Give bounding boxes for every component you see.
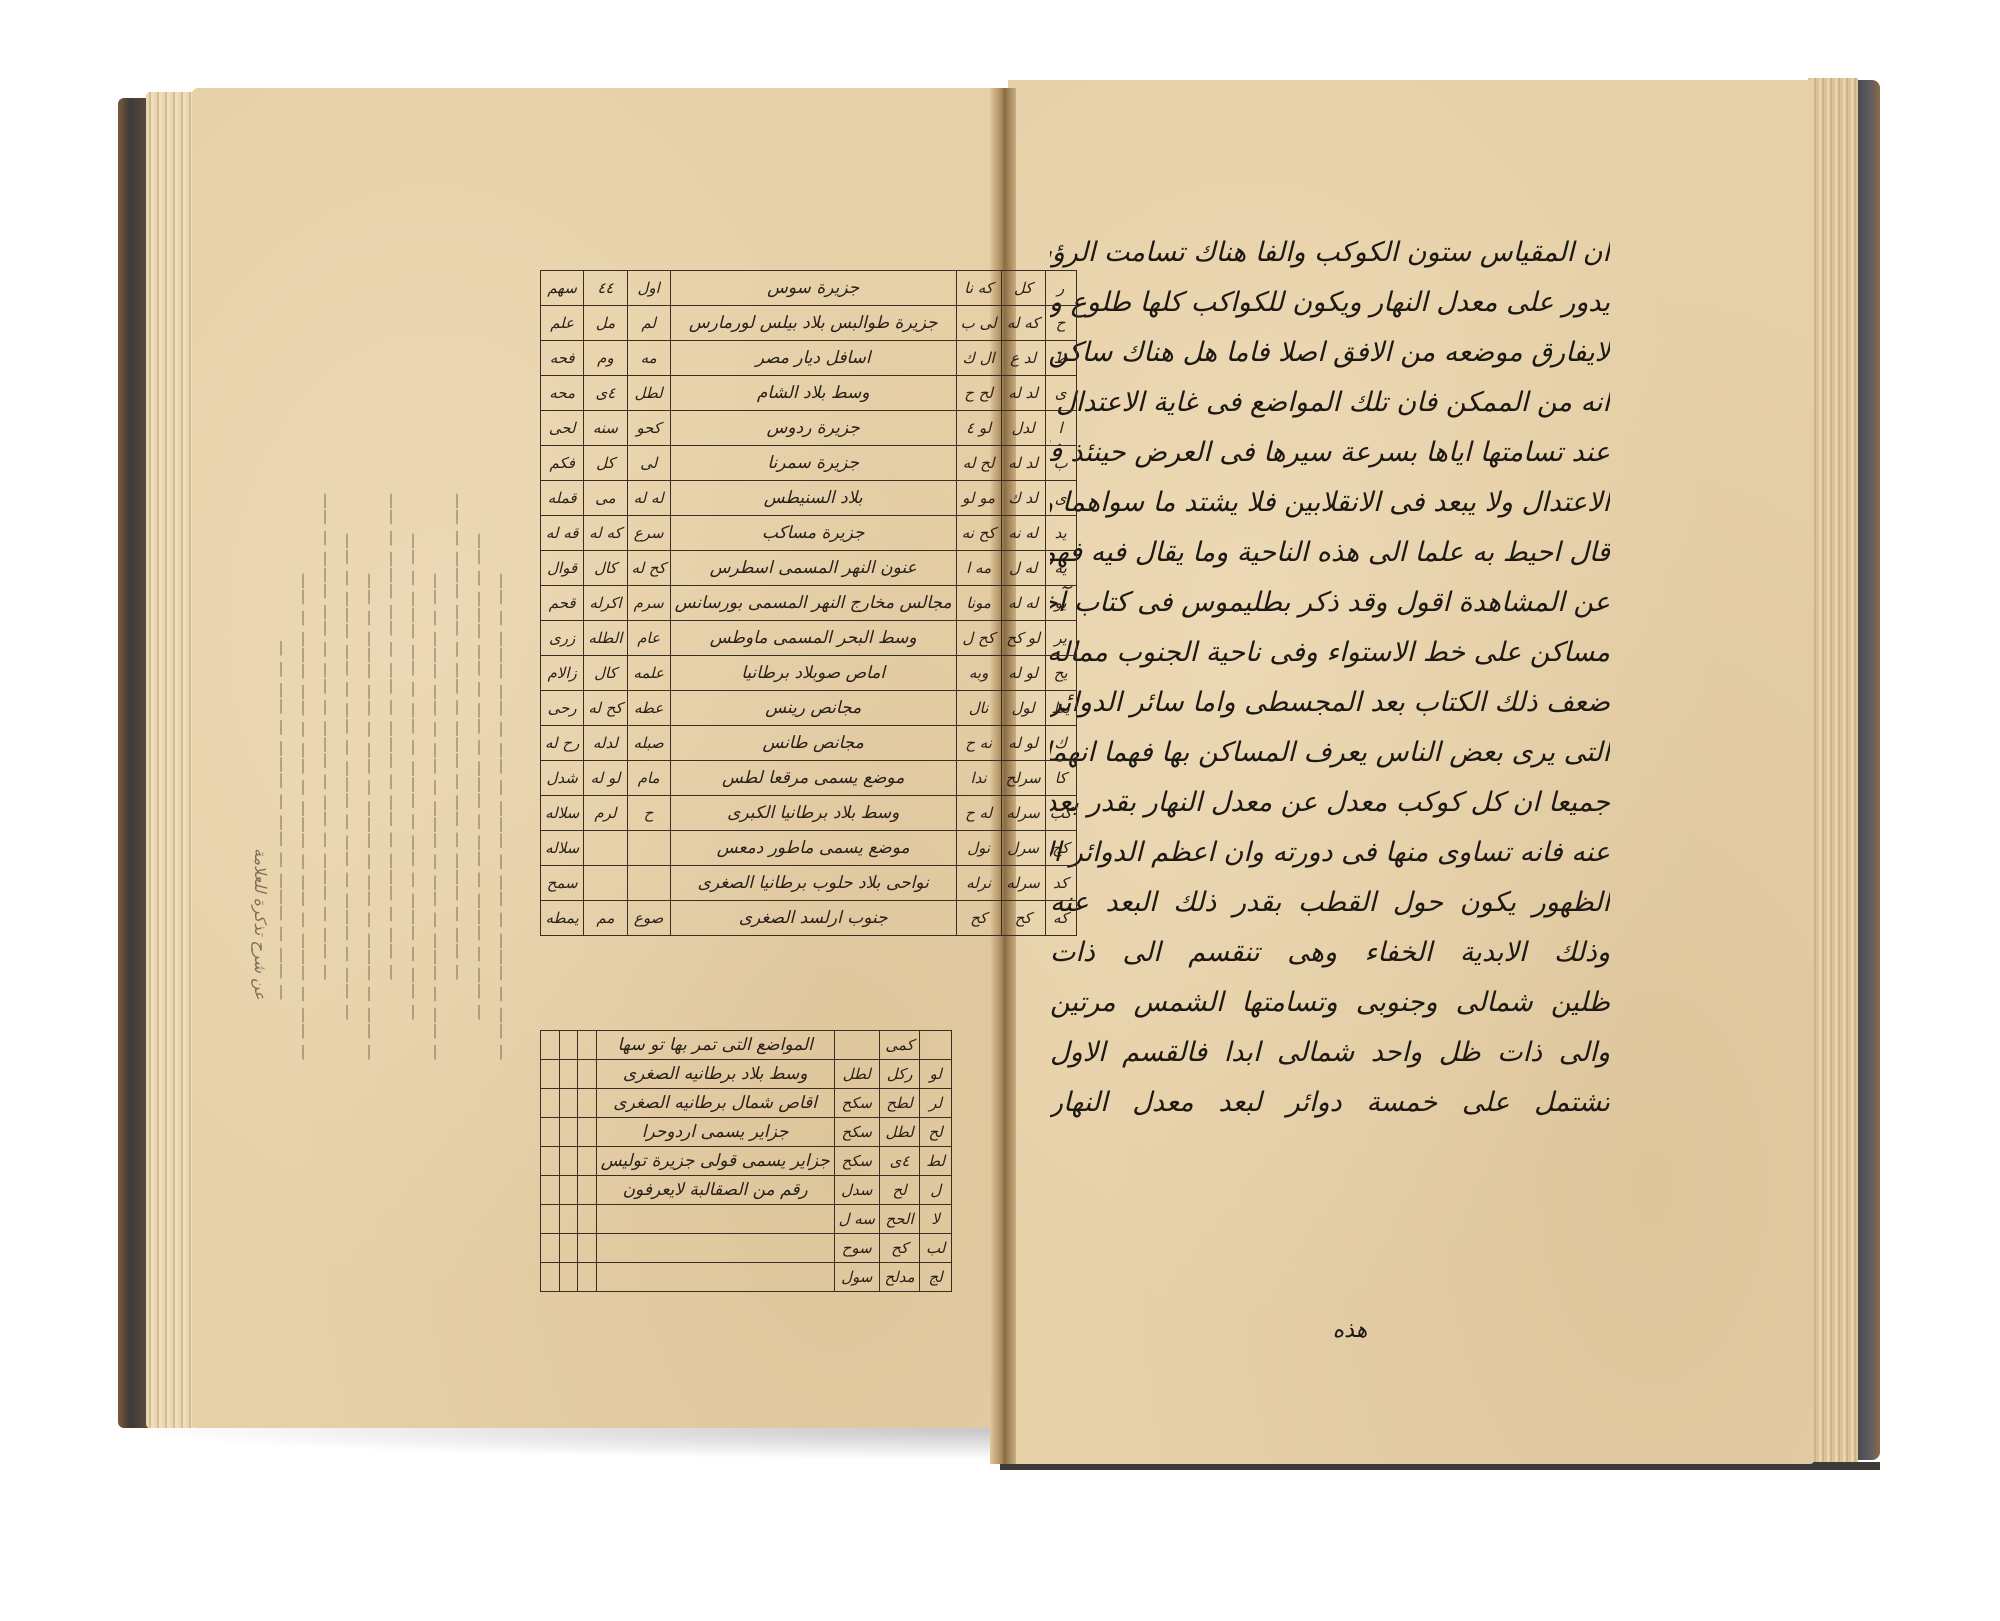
cell — [578, 1031, 597, 1060]
side-heading: كمى — [879, 1031, 919, 1060]
value-cell — [541, 1234, 560, 1263]
value-cell: ب — [1045, 446, 1076, 481]
table-header: المواضع التى تمر بها تو سها — [596, 1031, 834, 1060]
place-name-cell — [596, 1234, 834, 1263]
value-cell: كه له — [584, 516, 627, 551]
value-cell: اكرله — [584, 586, 627, 621]
value-cell: سول — [834, 1263, 879, 1292]
table-row: كاسرلحنداموضع يسمى مرقعا لطسماملو لهشدل — [541, 761, 1077, 796]
text-line: ان المقياس ستون الكوكب والفا هناك تسامت … — [1050, 228, 1610, 278]
place-name-cell — [596, 1205, 834, 1234]
value-cell: سرله — [1001, 796, 1045, 831]
value-cell: لح — [879, 1176, 919, 1205]
value-cell — [541, 1089, 560, 1118]
value-cell: لم — [627, 306, 670, 341]
value-cell: لحى — [541, 411, 584, 446]
value-cell: لح ح — [956, 376, 1001, 411]
margin-line: — —— — ——— — —— — ——— — —— — —— ——— — —— — [424, 240, 446, 1060]
margin-line: — —— — ——— — —— — ——— — —— — —— ——— — —— — [314, 240, 336, 980]
value-cell: رحى — [541, 691, 584, 726]
value-cell: وبه — [956, 656, 1001, 691]
place-name-cell: اسافل ديار مصر — [670, 341, 956, 376]
value-cell: عطه — [627, 691, 670, 726]
value-cell: لط — [920, 1147, 952, 1176]
place-name-cell: جزاير يسمى اردوحرا — [596, 1118, 834, 1147]
value-cell — [559, 1234, 578, 1263]
value-cell: فحه — [541, 341, 584, 376]
text-line: تشتمل على خمسة دوائر لبعد معدل النهار — [1050, 1078, 1610, 1128]
text-line: لايفارق موضعه من الافق اصلا فاما هل هناك… — [1050, 328, 1610, 378]
cell — [559, 1031, 578, 1060]
value-cell — [584, 866, 627, 901]
place-name-cell: جزيرة ردوس — [670, 411, 956, 446]
value-cell: له ح — [956, 796, 1001, 831]
value-cell: صبله — [627, 726, 670, 761]
place-name-cell: مجالس مخارج النهر المسمى بورسانس — [670, 586, 956, 621]
latitude-table-upper: ركلكه ناجزيرة سوساول٤٤سهمحكه لهلى بجزيرة… — [540, 270, 1077, 936]
place-name-cell — [596, 1263, 834, 1292]
value-cell: لج — [920, 1263, 952, 1292]
place-name-cell: وسط بلاد الشام — [670, 376, 956, 411]
table-row: كهكحكحجنوب ارلسد الصغرىصوعمميمطه — [541, 901, 1077, 936]
margin-commentary: — —— — ——— — —— — ——— — —— — —— ——— — ——… — [240, 240, 510, 1060]
value-cell: لو له — [584, 761, 627, 796]
table-row: الدللو ٤جزيرة ردوسكحوسنهلحى — [541, 411, 1077, 446]
table-row: يهله لمه اعنون النهر المسمى اسطرسكح لهكا… — [541, 551, 1077, 586]
value-cell: ركل — [879, 1060, 919, 1089]
value-cell: ير — [1045, 621, 1076, 656]
value-cell: يد — [1045, 516, 1076, 551]
cell — [834, 1031, 879, 1060]
table-row: لط٤ىسكحجزاير يسمى قولى جزيرة توليس — [541, 1147, 952, 1176]
value-cell: سوح — [834, 1234, 879, 1263]
value-cell: محه — [541, 376, 584, 411]
value-cell: كال — [584, 551, 627, 586]
place-name-cell: اماص صوبلاد برطانيا — [670, 656, 956, 691]
value-cell: يط — [1045, 691, 1076, 726]
table-row: لاالححسه ل — [541, 1205, 952, 1234]
place-name-cell: مجانص طانس — [670, 726, 956, 761]
place-name-cell: وسط بلاد برطانيا الكبرى — [670, 796, 956, 831]
place-name-cell: وسط بلاد برطانيه الصغرى — [596, 1060, 834, 1089]
place-name-cell: جزيرة طوالبس بلاد بيلس لورمارس — [670, 306, 956, 341]
value-cell: لح له — [956, 446, 1001, 481]
value-cell: كح — [956, 901, 1001, 936]
value-cell: علم — [541, 306, 584, 341]
table-row: كلو لهنه حمجانص طانسصبلهلدلهرح له — [541, 726, 1077, 761]
value-cell: مونا — [956, 586, 1001, 621]
value-cell: لول — [1001, 691, 1045, 726]
place-name-cell: موضع يسمى مرقعا لطس — [670, 761, 956, 796]
value-cell: لى — [627, 446, 670, 481]
value-cell — [541, 1263, 560, 1292]
value-cell: كحو — [627, 411, 670, 446]
value-cell: يه — [1045, 551, 1076, 586]
value-cell: كال — [584, 656, 627, 691]
value-cell — [578, 1060, 597, 1089]
value-cell: كا — [1045, 761, 1076, 796]
value-cell: رح له — [541, 726, 584, 761]
text-line: ضعف ذلك الكتاب بعد المجسطى واما سائر الد… — [1050, 678, 1610, 728]
value-cell: قحم — [541, 586, 584, 621]
margin-line: — —— — ——— — —— — ——— — —— — —— ——— — —— — [490, 240, 512, 1060]
value-cell: كح — [1001, 901, 1045, 936]
text-line: مساكن على خط الاستواء وفى ناحية الجنوب م… — [1050, 628, 1610, 678]
value-cell: سهم — [541, 271, 584, 306]
table-row: كجسرلنولموضع يسمى ماطور دمعسسلاله — [541, 831, 1077, 866]
value-cell: نه ح — [956, 726, 1001, 761]
value-cell: نال — [956, 691, 1001, 726]
value-cell: لد له — [1001, 446, 1045, 481]
value-cell: له له — [627, 481, 670, 516]
place-name-cell: جزيرة سمرنا — [670, 446, 956, 481]
value-cell: ك — [1045, 726, 1076, 761]
value-cell — [627, 831, 670, 866]
place-name-cell: اقاص شمال برطانيه الصغرى — [596, 1089, 834, 1118]
value-cell — [578, 1147, 597, 1176]
value-cell: لد له — [1001, 376, 1045, 411]
value-cell: زرى — [541, 621, 584, 656]
value-cell: اول — [627, 271, 670, 306]
value-cell — [541, 1118, 560, 1147]
value-cell: ر — [1045, 271, 1076, 306]
value-cell: كح له — [584, 691, 627, 726]
value-cell: ٤ى — [584, 376, 627, 411]
value-cell: سرم — [627, 586, 670, 621]
table-row: ىلد كمو لوبلاد السنيطسله لهمىقمله — [541, 481, 1077, 516]
table-row: يوله لهمونامجالس مخارج النهر المسمى بورس… — [541, 586, 1077, 621]
value-cell: لح — [920, 1118, 952, 1147]
value-cell: لو ٤ — [956, 411, 1001, 446]
value-cell: لطل — [834, 1060, 879, 1089]
value-cell: مل — [584, 306, 627, 341]
value-cell: يمطه — [541, 901, 584, 936]
table-row: بلد لهلح لهجزيرة سمرنالىكلفكم — [541, 446, 1077, 481]
value-cell: لى ب — [956, 306, 1001, 341]
value-cell: لو له — [1001, 726, 1045, 761]
value-cell: مام — [627, 761, 670, 796]
text-line: والى ذات ظل واحد شمالى ابدا فالقسم الاول — [1050, 1028, 1610, 1078]
value-cell: ٤ى — [879, 1147, 919, 1176]
value-cell: لطل — [627, 376, 670, 411]
value-cell: كج — [1045, 831, 1076, 866]
value-cell: نرله — [956, 866, 1001, 901]
value-cell: قمله — [541, 481, 584, 516]
value-cell: سمح — [541, 866, 584, 901]
value-cell: لو كح — [1001, 621, 1045, 656]
value-cell: كه — [1045, 901, 1076, 936]
right-page-text: ان المقياس ستون الكوكب والفا هناك تسامت … — [1050, 228, 1610, 1128]
value-cell: له ل — [1001, 551, 1045, 586]
margin-line: — —— — ——— — —— — ——— — —— — —— ——— — —— — [292, 240, 314, 1060]
value-cell: لطح — [879, 1089, 919, 1118]
value-cell — [559, 1263, 578, 1292]
text-line: قال احيط به علما الى هذه الناحية وما يقا… — [1050, 528, 1610, 578]
value-cell: ط — [1045, 341, 1076, 376]
table-row: حكه لهلى بجزيرة طوالبس بلاد بيلس لورمارس… — [541, 306, 1077, 341]
text-line: ظلين شمالى وجنوبى وتسامتها الشمس مرتين — [1050, 978, 1610, 1028]
value-cell: سرلح — [1001, 761, 1045, 796]
value-cell: لدله — [584, 726, 627, 761]
value-cell: الطله — [584, 621, 627, 656]
value-cell — [578, 1205, 597, 1234]
text-line: الاعتدال ولا يبعد فى الانقلابين فلا يشتد… — [1050, 478, 1610, 528]
value-cell — [559, 1147, 578, 1176]
value-cell: له له — [1001, 586, 1045, 621]
value-cell: كه نا — [956, 271, 1001, 306]
value-cell — [559, 1118, 578, 1147]
value-cell: لرم — [584, 796, 627, 831]
text-line: وذلك الابدية الخفاء وهى تنقسم الى ذات — [1050, 928, 1610, 978]
table-row: كدسرلهنرلهنواحى بلاد حلوب برطانيا الصغرى… — [541, 866, 1077, 901]
value-cell: ى — [1045, 481, 1076, 516]
value-cell: ٤٤ — [584, 271, 627, 306]
text-line: انه من الممكن فان تلك المواضع فى غاية ال… — [1050, 378, 1610, 428]
value-cell: ل — [920, 1176, 952, 1205]
value-cell: كح — [879, 1234, 919, 1263]
value-cell: سرل — [1001, 831, 1045, 866]
value-cell: الحح — [879, 1205, 919, 1234]
value-cell: كب — [1045, 796, 1076, 831]
value-cell: يح — [1045, 656, 1076, 691]
place-name-cell: جزيرة سوس — [670, 271, 956, 306]
table-row: ركلكه ناجزيرة سوساول٤٤سهم — [541, 271, 1077, 306]
value-cell: قوال — [541, 551, 584, 586]
value-cell: قه له — [541, 516, 584, 551]
value-cell — [578, 1234, 597, 1263]
value-cell — [541, 1205, 560, 1234]
place-name-cell: بلاد السنيطس — [670, 481, 956, 516]
value-cell: سرع — [627, 516, 670, 551]
value-cell: ى — [1045, 376, 1076, 411]
value-cell: مدلح — [879, 1263, 919, 1292]
value-cell: سكح — [834, 1089, 879, 1118]
text-line: التى يرى بعض الناس يعرف المساكن بها فهما… — [1050, 728, 1610, 778]
margin-line: — —— — ——— — —— — ——— — —— — —— ——— — —— — [468, 240, 490, 1020]
value-cell: كل — [1001, 271, 1045, 306]
margin-line: — —— — ——— — —— — ——— — —— — —— ——— — —— — [270, 640, 292, 1000]
value-cell: كد — [1045, 866, 1076, 901]
place-name-cell: جنوب ارلسد الصغرى — [670, 901, 956, 936]
value-cell: لر — [920, 1089, 952, 1118]
value-cell: سكح — [834, 1118, 879, 1147]
right-cover-board — [1858, 80, 1880, 1460]
table-row: ىلد لهلح حوسط بلاد الشاملطل٤ىمحه — [541, 376, 1077, 411]
value-cell: وم — [584, 341, 627, 376]
table-row: لحلطلسكحجزاير يسمى اردوحرا — [541, 1118, 952, 1147]
value-cell — [578, 1176, 597, 1205]
value-cell: مو لو — [956, 481, 1001, 516]
value-cell: كح ل — [956, 621, 1001, 656]
value-cell: يو — [1045, 586, 1076, 621]
table-row: لجمدلحسول — [541, 1263, 952, 1292]
value-cell: لب — [920, 1234, 952, 1263]
value-cell: كه له — [1001, 306, 1045, 341]
value-cell: سنه — [584, 411, 627, 446]
table-row: طلد عال كاسافل ديار مصرمهومفحه — [541, 341, 1077, 376]
place-name-cell: وسط البحر المسمى ماوطس — [670, 621, 956, 656]
text-line: عن المشاهدة اقول وقد ذكر بطليموس فى كتاب… — [1050, 578, 1610, 628]
table-header-row: كمى المواضع التى تمر بها تو سها — [541, 1031, 952, 1060]
text-line: عنه فانه تساوى منها فى دورته وان اعظم ال… — [1050, 828, 1610, 878]
margin-line: — —— — ——— — —— — ——— — —— — —— ——— — —— — [446, 240, 468, 980]
value-cell: صوع — [627, 901, 670, 936]
value-cell: ا — [1045, 411, 1076, 446]
cell — [920, 1031, 952, 1060]
value-cell: ح — [1045, 306, 1076, 341]
value-cell: ح — [627, 796, 670, 831]
table-row: كبسرلهله حوسط بلاد برطانيا الكبرىحلرمسلا… — [541, 796, 1077, 831]
value-cell: كح نه — [956, 516, 1001, 551]
margin-line: — —— — ——— — —— — ——— — —— — —— ——— — —— — [336, 240, 358, 1020]
margin-line: عن شرح تذكرة للعلامة — [248, 640, 270, 1000]
value-cell: له نه — [1001, 516, 1045, 551]
value-cell: لطل — [879, 1118, 919, 1147]
value-cell — [559, 1205, 578, 1234]
text-line: جميعا ان كل كوكب معدل عن معدل النهار بقد… — [1050, 778, 1610, 828]
value-cell: سلاله — [541, 796, 584, 831]
place-name-cell: موضع يسمى ماطور دمعس — [670, 831, 956, 866]
text-line: يدور على معدل النهار ويكون للكواكب كلها … — [1050, 278, 1610, 328]
table-row: لرلطحسكحاقاص شمال برطانيه الصغرى — [541, 1089, 952, 1118]
value-cell: مى — [584, 481, 627, 516]
table-row: يرلو كحكح لوسط البحر المسمى ماوطسعامالطل… — [541, 621, 1077, 656]
place-name-cell: جزيرة مساكب — [670, 516, 956, 551]
place-name-cell: نواحى بلاد حلوب برطانيا الصغرى — [670, 866, 956, 901]
table-row: يطلولنالمجانص رينسعطهكح لهرحى — [541, 691, 1077, 726]
value-cell: كح له — [627, 551, 670, 586]
value-cell: لد ع — [1001, 341, 1045, 376]
value-cell: سدل — [834, 1176, 879, 1205]
table-row: لبكحسوح — [541, 1234, 952, 1263]
value-cell: لو له — [1001, 656, 1045, 691]
value-cell: مه — [627, 341, 670, 376]
value-cell: فكم — [541, 446, 584, 481]
table-row: يدله نهكح نهجزيرة مساكبسرعكه لهقه له — [541, 516, 1077, 551]
value-cell: كل — [584, 446, 627, 481]
place-name-cell: جزاير يسمى قولى جزيرة توليس — [596, 1147, 834, 1176]
value-cell: سرله — [1001, 866, 1045, 901]
value-cell: لو — [920, 1060, 952, 1089]
value-cell: سكح — [834, 1147, 879, 1176]
value-cell — [541, 1147, 560, 1176]
value-cell — [541, 1176, 560, 1205]
table-row: لوركللطلوسط بلاد برطانيه الصغرى — [541, 1060, 952, 1089]
value-cell — [627, 866, 670, 901]
value-cell — [578, 1118, 597, 1147]
value-cell: سلاله — [541, 831, 584, 866]
text-line: عند تسامتها اياها بسرعة سيرها فى العرض ح… — [1050, 428, 1610, 478]
place-name-cell: رقم من الصقالبة لايعرفون — [596, 1176, 834, 1205]
value-cell — [559, 1060, 578, 1089]
value-cell: عام — [627, 621, 670, 656]
value-cell: لدل — [1001, 411, 1045, 446]
value-cell: مم — [584, 901, 627, 936]
value-cell: زالام — [541, 656, 584, 691]
left-cover-board — [118, 98, 148, 1428]
right-page-block-edge — [1808, 78, 1858, 1462]
value-cell — [559, 1176, 578, 1205]
table-row: للحسدلرقم من الصقالبة لايعرفون — [541, 1176, 952, 1205]
value-cell: علمه — [627, 656, 670, 691]
value-cell — [578, 1263, 597, 1292]
latitude-table-lower: كمى المواضع التى تمر بها تو سها لوركللطل… — [540, 1030, 952, 1292]
place-name-cell: مجانص رينس — [670, 691, 956, 726]
place-name-cell: عنون النهر المسمى اسطرس — [670, 551, 956, 586]
cell — [541, 1031, 560, 1060]
left-page-block-edge — [146, 92, 194, 1428]
value-cell: لد ك — [1001, 481, 1045, 516]
margin-line: — —— — ——— — —— — ——— — —— — —— ——— — —— — [358, 240, 380, 1060]
value-cell: ندا — [956, 761, 1001, 796]
value-cell: نول — [956, 831, 1001, 866]
value-cell — [541, 1060, 560, 1089]
margin-line: — —— — ——— — —— — ——— — —— — —— ——— — —— — [402, 240, 424, 1020]
value-cell — [559, 1089, 578, 1118]
value-cell: مه ا — [956, 551, 1001, 586]
value-cell: سه ل — [834, 1205, 879, 1234]
catchword: هذه — [1320, 1318, 1380, 1343]
table-row: يحلو لهوبهاماص صوبلاد برطانياعلمهكالزالا… — [541, 656, 1077, 691]
value-cell — [578, 1089, 597, 1118]
margin-line: — —— — ——— — —— — ——— — —— — —— ——— — —— — [380, 240, 402, 980]
text-line: الظهور يكون حول القطب بقدر ذلك البعد عنه — [1050, 878, 1610, 928]
value-cell: ال ك — [956, 341, 1001, 376]
value-cell: لا — [920, 1205, 952, 1234]
value-cell: شدل — [541, 761, 584, 796]
value-cell — [584, 831, 627, 866]
